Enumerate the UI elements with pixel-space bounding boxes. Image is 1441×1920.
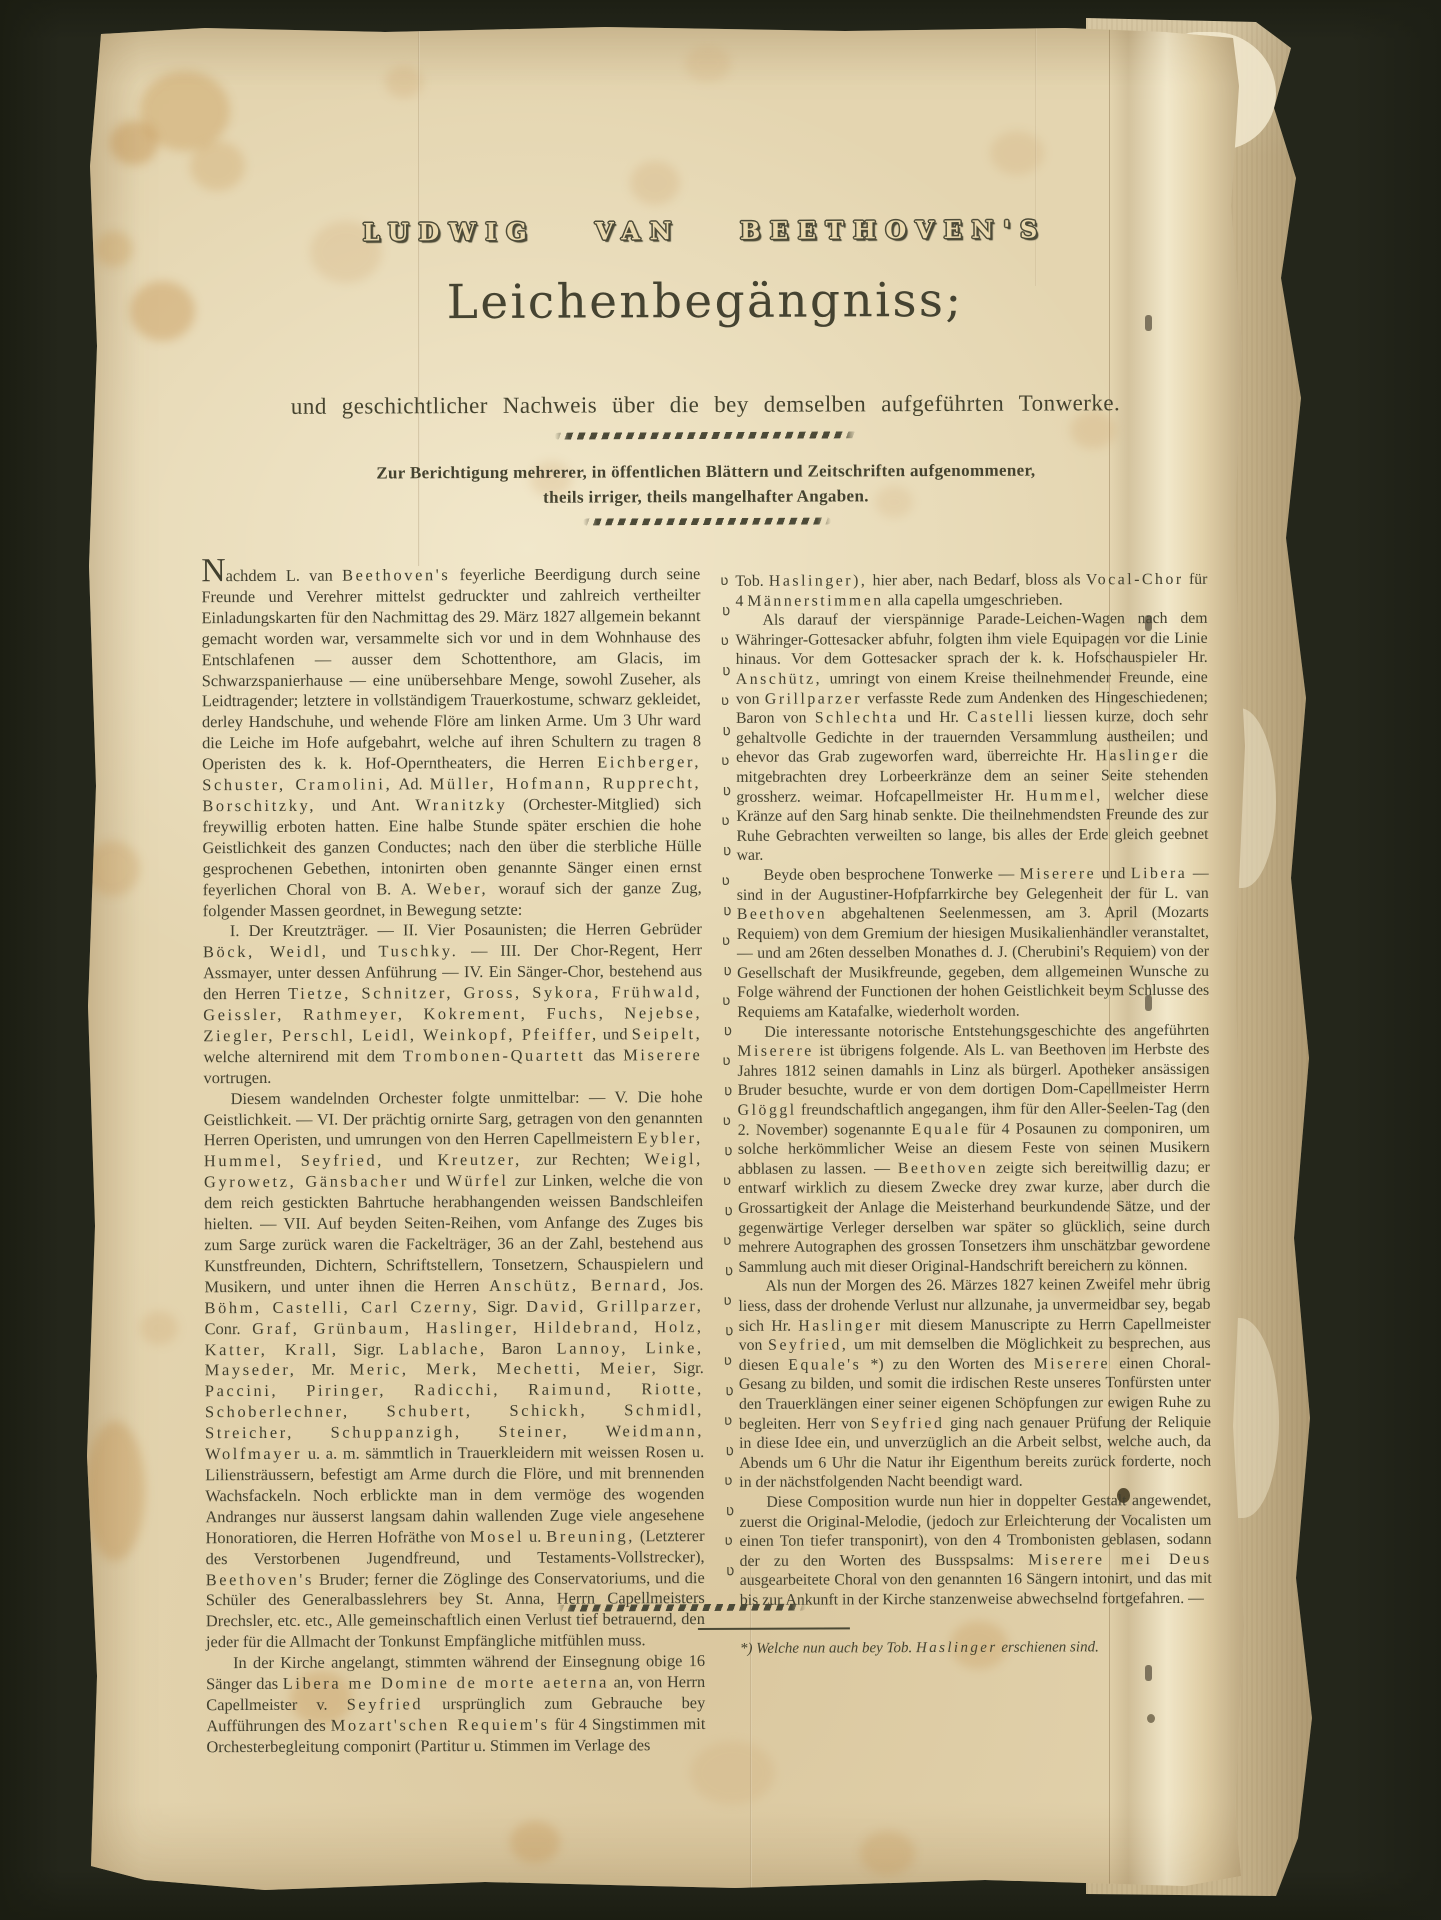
rope-ornament bbox=[583, 517, 831, 525]
paragraph: Als nun der Morgen des 26. Märzes 1827 k… bbox=[738, 1275, 1211, 1493]
stain bbox=[130, 281, 195, 341]
right-column-text: Tob. Haslinger), hier aber, nach Bedarf,… bbox=[735, 570, 1212, 1611]
footnote-rule bbox=[698, 1628, 850, 1631]
title-main: Leichenbegängniss; bbox=[200, 272, 1210, 331]
stain bbox=[95, 231, 133, 267]
paragraph: Tob. Haslinger), hier aber, nach Bedarf,… bbox=[735, 570, 1207, 611]
paper-sheet: LUDWIG VAN BEETHOVEN'S Leichenbegängniss… bbox=[85, 26, 1247, 1892]
paragraph: Diesem wandelnden Orchester folgte unmit… bbox=[204, 1087, 705, 1654]
right-column: Tob. Haslinger), hier aber, nach Bedarf,… bbox=[735, 570, 1212, 1660]
rope-ornament bbox=[558, 1604, 806, 1612]
printed-content: LUDWIG VAN BEETHOVEN'S Leichenbegängniss… bbox=[199, 24, 1217, 1894]
paragraph: Die interessante notorische Entstehungsg… bbox=[737, 1020, 1210, 1277]
paragraph: Nachdem L. van Beethoven's feyerliche Be… bbox=[201, 556, 702, 922]
subtitle: und geschichtlicher Nachweis über die be… bbox=[201, 390, 1211, 420]
correction-note-line1: Zur Berichtigung mehrerer, in öffentlich… bbox=[201, 460, 1211, 484]
rope-ornament bbox=[555, 431, 857, 439]
paragraph: Beyde oben besprochene Tonwerke — Misere… bbox=[737, 864, 1210, 1023]
stain bbox=[140, 1311, 178, 1345]
correction-note-line2: theils irriger, theils mangelhafter Anga… bbox=[201, 485, 1211, 509]
paragraph: I. Der Kreutzträger. — II. Vier Posaunis… bbox=[203, 919, 703, 1088]
stain bbox=[85, 841, 140, 896]
stain bbox=[110, 121, 158, 165]
paragraph: Als darauf der vierspännige Parade-Leich… bbox=[735, 609, 1208, 866]
paragraph: Diese Composition wurde nun hier in dopp… bbox=[739, 1491, 1212, 1611]
left-column: Nachdem L. van Beethoven's feyerliche Be… bbox=[201, 556, 705, 1758]
title-caps: LUDWIG VAN BEETHOVEN'S bbox=[200, 214, 1210, 247]
paragraph: In der Kirche angelangt, stimmten währen… bbox=[206, 1651, 705, 1758]
footnote: *) Welche nun auch bey Tob. Haslinger er… bbox=[740, 1638, 1212, 1660]
stain bbox=[85, 1421, 145, 1561]
